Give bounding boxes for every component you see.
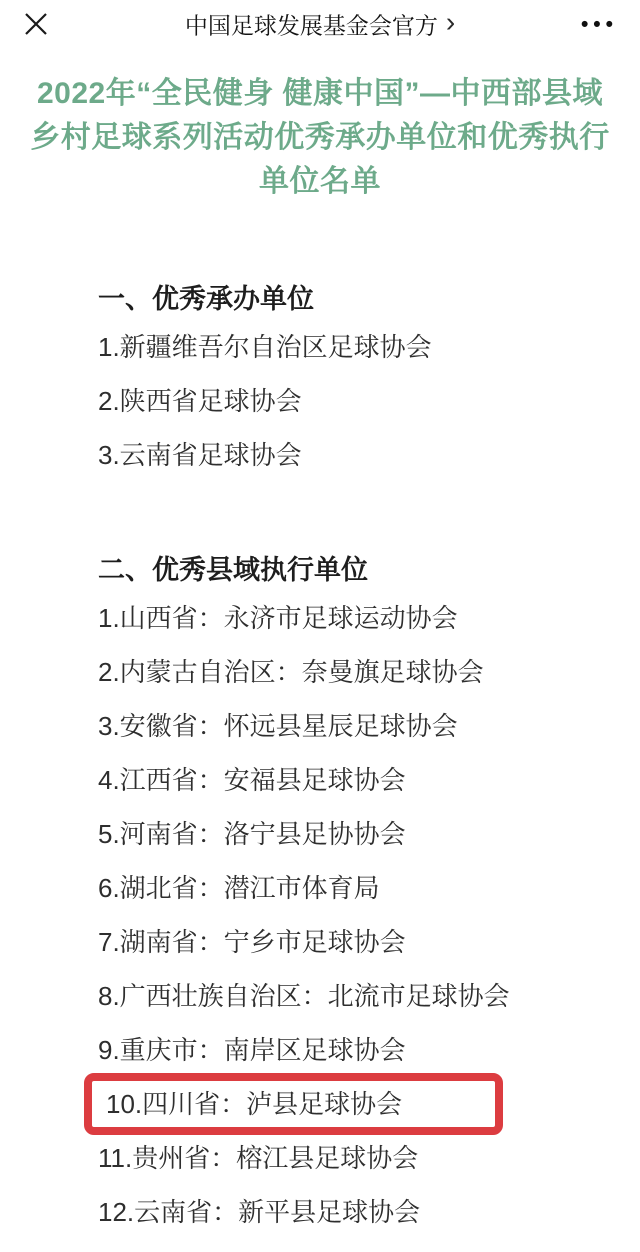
list-item: 8.广西壮族自治区：北流市足球协会 bbox=[98, 979, 610, 1013]
highlight-box: 10.四川省：泸县足球协会 bbox=[84, 1073, 503, 1135]
article-title: 2022年“全民健身 健康中国”—中西部县域 乡村足球系列活动优秀承办单位和优秀… bbox=[0, 72, 640, 204]
official-account-name: 中国足球发展基金会官方 bbox=[185, 8, 438, 41]
chevron-right-icon: › bbox=[446, 9, 455, 37]
article-body: 一、优秀承办单位 1.新疆维吾尔自治区足球协会 2.陕西省足球协会 3.云南省足… bbox=[0, 282, 640, 1229]
more-menu-icon[interactable]: ••• bbox=[581, 14, 618, 35]
section-1-heading: 一、优秀承办单位 bbox=[98, 282, 610, 316]
list-item: 11.贵州省：榕江县足球协会 bbox=[98, 1141, 610, 1175]
close-icon[interactable] bbox=[22, 10, 50, 38]
list-item: 9.重庆市：南岸区足球协会 bbox=[98, 1033, 610, 1067]
list-item: 3.安徽省：怀远县星辰足球协会 bbox=[98, 709, 610, 743]
article-title-line: 单位名单 bbox=[0, 160, 640, 204]
list-item: 2.内蒙古自治区：奈曼旗足球协会 bbox=[98, 655, 610, 689]
list-item: 4.江西省：安福县足球协会 bbox=[98, 763, 610, 797]
article-title-line: 2022年“全民健身 健康中国”—中西部县域 bbox=[0, 72, 640, 116]
list-item-highlighted: 10.四川省：泸县足球协会 bbox=[106, 1087, 481, 1121]
official-account-link[interactable]: 中国足球发展基金会官方 › bbox=[185, 8, 455, 41]
topbar: 中国足球发展基金会官方 › ••• bbox=[0, 0, 640, 48]
section-2-heading: 二、优秀县域执行单位 bbox=[98, 553, 610, 587]
close-icon-glyph bbox=[23, 11, 49, 37]
list-item: 6.湖北省：潜江市体育局 bbox=[98, 871, 610, 905]
list-item: 1.山西省：永济市足球运动协会 bbox=[98, 601, 610, 635]
list-item: 3.云南省足球协会 bbox=[98, 438, 610, 472]
list-item: 1.新疆维吾尔自治区足球协会 bbox=[98, 330, 610, 364]
article-title-line: 乡村足球系列活动优秀承办单位和优秀执行 bbox=[0, 116, 640, 160]
list-item: 5.河南省：洛宁县足协协会 bbox=[98, 817, 610, 851]
list-item: 7.湖南省：宁乡市足球协会 bbox=[98, 925, 610, 959]
list-item: 2.陕西省足球协会 bbox=[98, 384, 610, 418]
list-item: 12.云南省：新平县足球协会 bbox=[98, 1195, 610, 1229]
